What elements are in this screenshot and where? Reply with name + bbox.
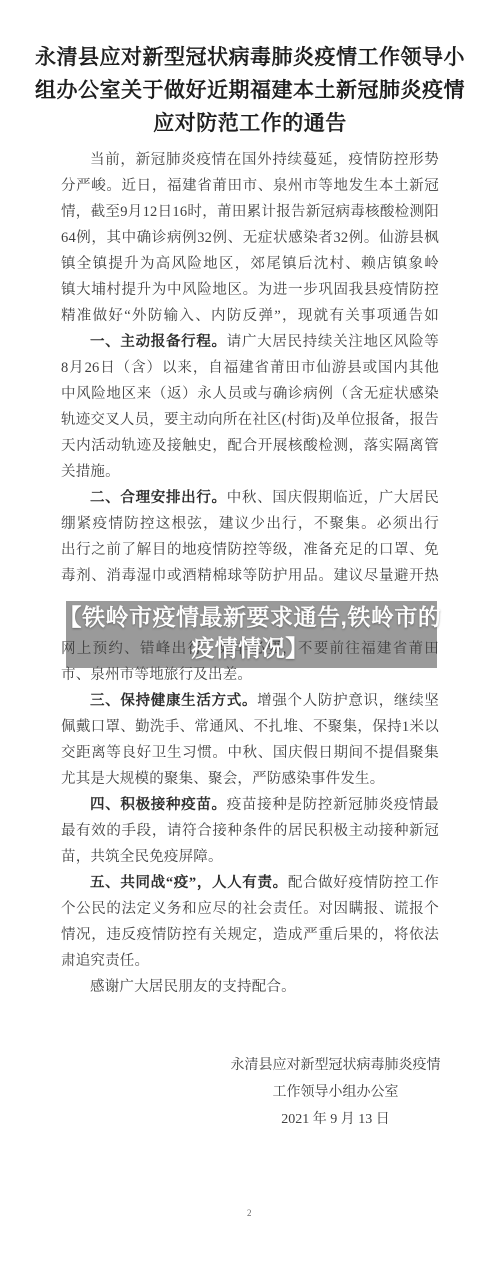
body-line: 当前，新冠肺炎疫情在国外持续蔓延，疫情防控形势依然十: [61, 147, 439, 173]
body-line: 最有效的手段，请符合接种条件的居民积极主动接种新冠病毒疫: [61, 818, 439, 844]
section-heading: 三、保持健康生活方式。: [90, 693, 257, 709]
body-line: 关措施。: [61, 459, 439, 485]
document-body: 当前，新冠肺炎疫情在国外持续蔓延，疫情防控形势依然十分严峻。近日，福建省莆田市、…: [61, 147, 439, 1000]
body-line: 天内活动轨迹及接触史，配合开展核酸检测，落实隔离管控等相: [61, 433, 439, 459]
document-title-line: 组办公室关于做好近期福建本土新冠肺炎疫情: [0, 74, 500, 107]
page-number: 2: [247, 1208, 252, 1218]
body-line: 二、合理安排出行。中秋、国庆假期临近，广大居民要时刻: [61, 485, 439, 511]
overlay-headline-line: 疫情情况】: [0, 633, 500, 664]
document-title-line: 永清县应对新型冠状病毒肺炎疫情工作领导小: [0, 41, 500, 74]
overlay-headline-line: 【铁岭市疫情最新要求通告,铁岭市的: [0, 602, 500, 633]
signature-line: 永清县应对新型冠状病毒肺炎疫情: [228, 1052, 443, 1079]
signature-line: 2021 年 9 月 13 日: [228, 1106, 443, 1133]
body-line: 出行之前了解目的地疫情防控等级，准备充足的口罩、免洗手消: [61, 537, 439, 563]
body-line: 情，截至9月12日16时，莆田累计报告新冠病毒核酸检测阳性: [61, 199, 439, 225]
body-line: 镇大埔村提升为中风险地区。为进一步巩固我县疫情防控成果，: [61, 277, 439, 303]
body-line: 四、积极接种疫苗。疫苗接种是防控新冠肺炎疫情最经济、: [61, 792, 439, 818]
signature-block: 永清县应对新型冠状病毒肺炎疫情 工作领导小组办公室 2021 年 9 月 13 …: [228, 1052, 443, 1133]
section-heading: 二、合理安排出行。: [90, 490, 227, 506]
body-line: 个公民的法定义务和应尽的社会责任。对因瞒报、谎报个人相关: [61, 896, 439, 922]
body-line: 毒剂、消毒湿巾或酒精棉球等防护用品。建议尽量避开热门景点，: [61, 563, 439, 589]
section-heading: 四、积极接种疫苗。: [90, 797, 227, 813]
body-line: 绷紧疫情防控这根弦，建议少出行，不聚集。必须出行的，要在: [61, 511, 439, 537]
body-line: 肃追究责任。: [61, 948, 439, 974]
body-line: 镇全镇提升为高风险地区，郊尾镇后沈村、赖店镇象岭村、园庄: [61, 251, 439, 277]
body-line: 感谢广大居民朋友的支持配合。: [61, 974, 439, 1000]
body-line: 佩戴口罩、勤洗手、常通风、不扎堆、不聚集，保持1米以上社: [61, 714, 439, 740]
body-line: 情况，违反疫情防控有关规定，造成严重后果的，将依法依规严: [61, 922, 439, 948]
document-title-line: 应对防范工作的通告: [0, 107, 500, 140]
body-line: 尤其是大规模的聚集、聚会，严防感染事件发生。: [61, 766, 439, 792]
body-line: 一、主动报备行程。请广大居民持续关注地区风险等级划分，: [61, 329, 439, 355]
section-heading: 一、主动报备行程。: [90, 334, 227, 350]
body-line: 苗，共筑全民免疫屏障。: [61, 844, 439, 870]
section-heading: 五、共同战“疫”，人人有责。: [90, 875, 288, 891]
overlay-headline: 【铁岭市疫情最新要求通告,铁岭市的 疫情情况】: [0, 602, 500, 664]
body-line: 精准做好“外防输入、内防反弹”，现就有关事项通告如下：: [61, 303, 439, 329]
body-line: 64例，其中确诊病例32例、无症状感染者32例。仙游县枫亭: [61, 225, 439, 251]
body-line: 市、泉州市等地旅行及出差。: [61, 662, 439, 688]
document-title: 永清县应对新型冠状病毒肺炎疫情工作领导小 组办公室关于做好近期福建本土新冠肺炎疫…: [0, 0, 500, 140]
signature-line: 工作领导小组办公室: [228, 1079, 443, 1106]
notice-document-page: 永清县应对新型冠状病毒肺炎疫情工作领导小 组办公室关于做好近期福建本土新冠肺炎疫…: [0, 0, 500, 1268]
body-line: 轨迹交叉人员，要主动向所在社区(村街)及单位报备，报告14: [61, 407, 439, 433]
body-line: 8月26日（含）以来，自福建省莆田市仙游县或国内其他高、: [61, 355, 439, 381]
body-line: 中风险地区来（返）永人员或与确诊病例（含无症状感染者）有: [61, 381, 439, 407]
body-line: 五、共同战“疫”，人人有责。配合做好疫情防控工作是每: [61, 870, 439, 896]
body-line: 三、保持健康生活方式。增强个人防护意识，继续坚持科学: [61, 688, 439, 714]
body-line: 交距离等良好卫生习惯。中秋、国庆假日期间不提倡聚集和聚会，: [61, 740, 439, 766]
body-line: 分严峻。近日，福建省莆田市、泉州市等地发生本土新冠肺炎疫: [61, 173, 439, 199]
